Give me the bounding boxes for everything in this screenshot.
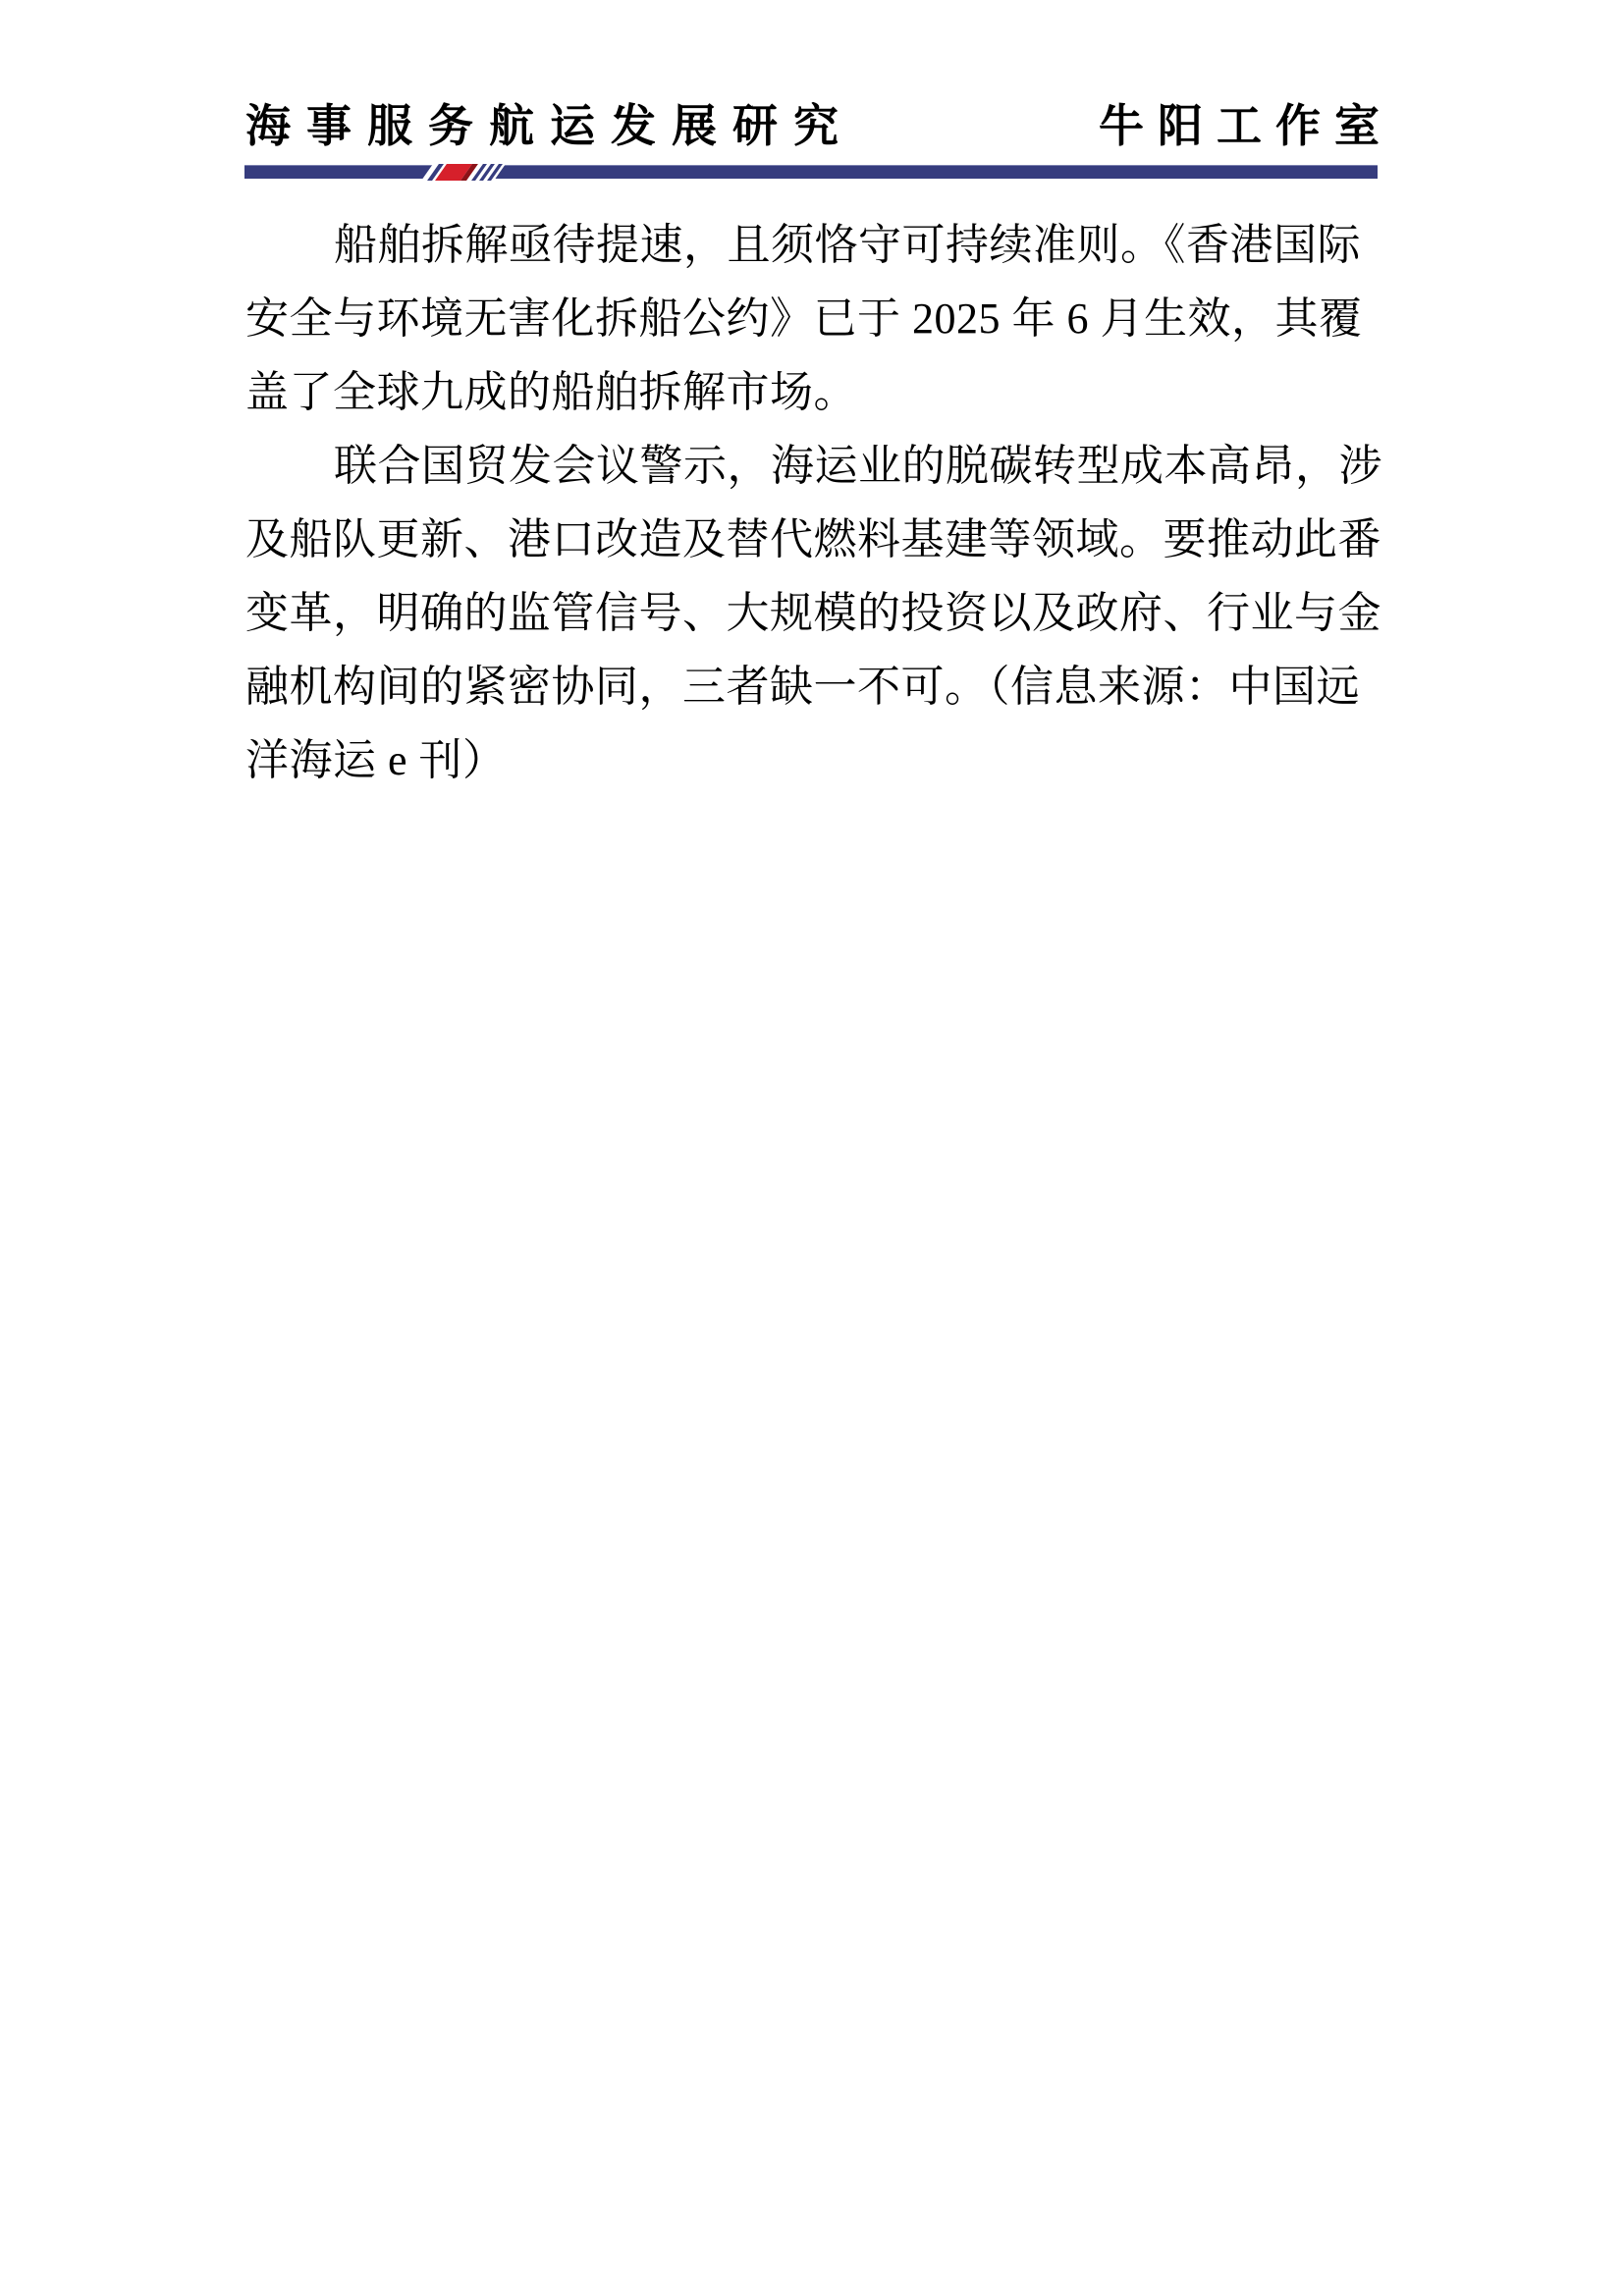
- body-line: 融机构间的紧密协同，三者缺一不可。（信息来源：中国远: [245, 650, 1384, 723]
- body-line: 盖了全球九成的船舶拆解市场。: [245, 355, 1384, 429]
- body-line: 船舶拆解亟待提速，且须恪守可持续准则。《香港国际: [245, 208, 1384, 282]
- body-line: 洋海运 e 刊）: [245, 723, 1384, 797]
- body-line: 安全与环境无害化拆船公约》已于 2025 年 6 月生效，其覆: [245, 282, 1384, 355]
- header-rule-bar: [244, 165, 1378, 179]
- header-title-right: 牛阳工作室: [1099, 100, 1393, 151]
- body-line: 联合国贸发会议警示，海运业的脱碳转型成本高昂，涉: [245, 429, 1384, 503]
- body-line: 及船队更新、港口改造及替代燃料基建等领域。要推动此番: [245, 503, 1384, 576]
- header-title-left: 海事服务航运发展研究: [245, 100, 854, 151]
- document-page: { "header": { "title_left": "海事服务航运发展研究"…: [0, 0, 1624, 2296]
- article-body: 船舶拆解亟待提速，且须恪守可持续准则。《香港国际 安全与环境无害化拆船公约》已于…: [245, 208, 1384, 797]
- body-line: 变革，明确的监管信号、大规模的投资以及政府、行业与金: [245, 576, 1384, 650]
